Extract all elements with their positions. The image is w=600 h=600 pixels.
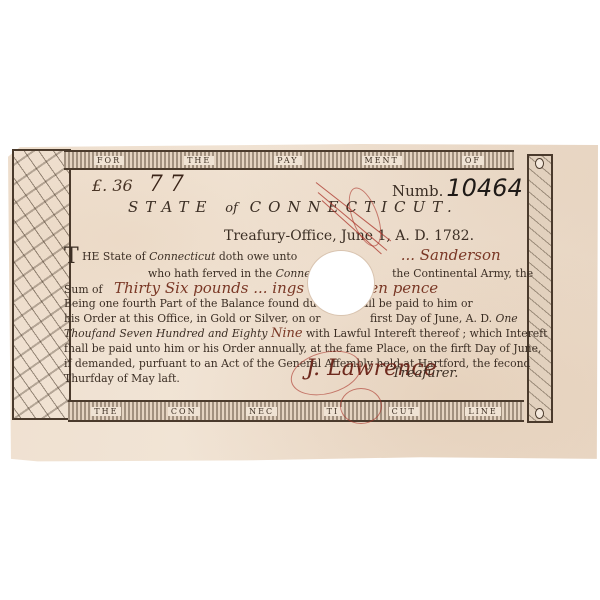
body-text-italic: One [496,312,518,325]
body-text: HE State of [82,250,146,263]
body-line-5: his Order at this Office, in Gold or Sil… [64,311,518,326]
amount-printed: £. 36 [92,176,133,195]
ribbon-word: THE [91,407,121,416]
ribbon-word: MENT [362,156,402,165]
body-text: doth owe unto [219,250,297,263]
body-text: his Order at this Office, in Gold or Sil… [64,312,321,325]
ribbon-word: PAY [274,156,301,165]
body-line-6: Thoufand Seven Hundred and Eighty Nine w… [64,326,548,341]
payee-handwritten: ... Sanderson [401,246,501,264]
ribbon-word: FOR [94,156,124,165]
corner-ornament [535,158,544,169]
sum-handwritten: Thirty Six pounds ... ings and Seven pen… [114,279,438,297]
body-line-3: Sum of Thirty Six pounds ... ings and Se… [64,281,438,297]
ribbon-word: LINE [465,407,500,416]
body-text-italic: Connecticut [149,250,215,263]
left-ornamental-border [12,149,71,420]
ribbon-word: CON [168,407,200,416]
ribbon-word: OF [462,156,484,165]
amount-handwritten: 7 7 [149,172,184,197]
right-ornamental-border [527,154,553,423]
title-of: of [225,201,238,216]
body-text-italic: Thoufand Seven Hundred and Eighty [64,327,268,340]
top-ribbon-border: FOR THE PAY MENT OF [64,150,514,170]
document-title: STATE of CONNECTICUT. [128,198,459,216]
treasury-date-line: Treafury-Office, June 1, A. D. 1782. [224,228,474,244]
body-text: with Lawful Intereft thereof ; which Int… [306,327,548,340]
corner-ornament [535,408,544,419]
ribbon-word: NEC [246,407,277,416]
body-line-1: T HE State of Connecticut doth owe unto … [64,248,501,266]
body-text: Sum of [64,283,103,296]
drop-cap: T [64,244,79,269]
bottom-ribbon-border: THE CON NEC TI CUT LINE [68,400,524,422]
body-line-4: Being one fourth Part of the Balance fou… [64,296,473,311]
signature-flourish [340,388,382,424]
cancellation-punch-hole [308,251,374,315]
ribbon-word: THE [184,156,214,165]
treasurer-label: Treafurer. [392,366,458,381]
year-handwritten: Nine [271,326,303,341]
body-line-9: Thurfday of May laft. [64,371,180,386]
body-line-7: fhall be paid unto him or his Order annu… [64,341,541,356]
ribbon-word: CUT [389,407,419,416]
amount: £. 36 7 7 [92,172,184,197]
body-text: first Day of June, A. D. [370,312,492,325]
title-state: STATE [128,198,213,216]
